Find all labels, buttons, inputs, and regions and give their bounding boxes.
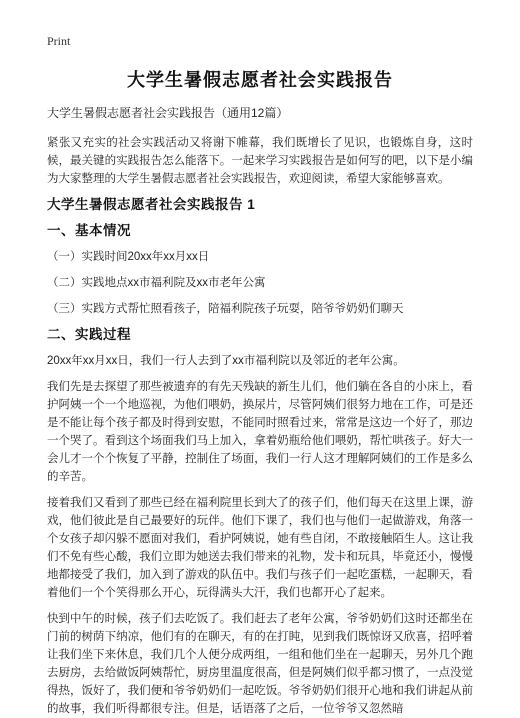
print-link[interactable]: Print [47, 34, 473, 49]
section-basic-info-heading: 一、基本情况 [47, 222, 473, 240]
basic-info-item-time: （一）实践时间20xx年xx月xx日 [47, 248, 473, 266]
document-subtitle: 大学生暑假志愿者社会实践报告（通用12篇） [47, 105, 473, 122]
process-paragraph: 快到中午的时候，孩子们去吃饭了。我们赶去了老年公寓，爷爷奶奶们这时还都坐在门前的… [47, 610, 473, 718]
document-page: Print 大学生暑假志愿者社会实践报告 大学生暑假志愿者社会实践报告（通用12… [0, 0, 520, 718]
process-paragraph: 我们先是去探望了那些被遗弃的有先天残缺的新生儿们，他们躺在各自的小床上，看护阿姨… [47, 378, 473, 486]
report-1-heading: 大学生暑假志愿者社会实践报告 1 [47, 196, 473, 214]
basic-info-item-method: （三）实践方式帮忙照看孩子，陪福利院孩子玩耍，陪爷爷奶奶们聊天 [47, 300, 473, 318]
basic-info-item-place: （二）实践地点xx市福利院及xx市老年公寓 [47, 274, 473, 292]
process-paragraph: 20xx年xx月xx日，我们一行人去到了xx市福利院以及邻近的老年公寓。 [47, 352, 473, 370]
section-process-heading: 二、实践过程 [47, 326, 473, 344]
intro-paragraph: 紧张又充实的社会实践活动又将谢下帷幕，我们既增长了见识，也锻炼自身，这时候，最关… [47, 134, 473, 188]
document-title: 大学生暑假志愿者社会实践报告 [47, 68, 473, 92]
process-paragraph: 接着我们又看到了那些已经在福利院里长到大了的孩子们，他们每天在这里上课，游戏，他… [47, 494, 473, 602]
